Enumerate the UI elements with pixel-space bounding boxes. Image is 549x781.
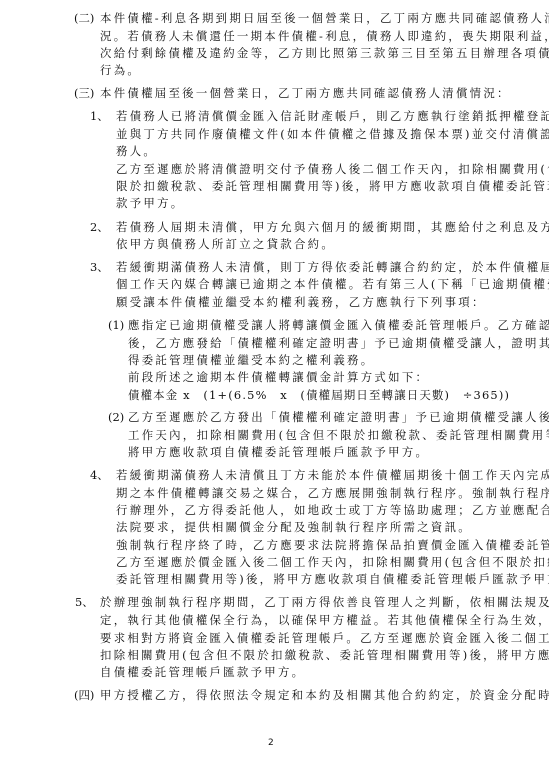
section-4-label: (四) (74, 688, 94, 702)
item-4-line: 期之本件債權轉讓交易之媒合，乙方應展開強制執行程序。強制執行程序，除自 (116, 486, 549, 500)
subitem-1-line: 後，乙方應發給「債權權利確定證明書」予已逾期債權受讓人，證明其已取 (128, 336, 549, 350)
subitem-1-line: 應指定已逾期債權受讓人將轉讓價金匯入債權委託管理帳戶。乙方確認匯款 (128, 318, 549, 332)
item-5-line: 要求相對方將資金匯入債權委託管理帳戶。乙方至遲應於資金匯入後二個工作天內， (100, 631, 549, 645)
item-3-label: 3、 (90, 260, 109, 274)
item-5-line: 於辦理強制執行程序期間，乙丁兩方得依善良管理人之判斷，依相關法規及合約約 (100, 595, 549, 609)
item-5-label: 5、 (75, 595, 94, 609)
item-3-line: 若緩衝期滿債務人未清償，則丁方得依委託轉讓合約約定，於本件債權屆期後十 (116, 260, 549, 274)
item-1-line: 務人。 (116, 144, 157, 158)
section-4-line: 甲方授權乙方，得依照法令規定和本約及相關其他合約約定，於資金分配時，先自 (100, 688, 549, 702)
item-4-line: 若緩衝期滿債務人未清償且丁方未能於本件債權屆期後十個工作天內完成已逾 (116, 468, 549, 482)
item-4-line: 強制執行程序終了時，乙方應要求法院將擔保品拍賣價金匯入債權委託管理帳戶。 (116, 538, 549, 552)
section-2-line: 況。若債務人未償還任一期本件債權-利息，債務人即違約，喪失期限利益，應一 (100, 29, 549, 43)
section-2-label: (二) (74, 11, 94, 25)
subitem-2-line: 工作天內，扣除相關費用(包含但不限於扣繳稅款、委託管理相關費用等)後， (128, 428, 549, 442)
subitem-2-line: 乙方至遲應於乙方發出「債權權利確定證明書」予已逾期債權受讓人後二個 (128, 410, 549, 424)
subitem-1-line: 前段所述之逾期本件債權轉讓價金計算方式如下： (128, 370, 429, 384)
item-4-line: 法院要求，提供相關價金分配及強制執行程序所需之資訊。 (116, 520, 472, 534)
section-2-line: 次給付剩餘債權及違約金等，乙方則比照第三款第三目至第五目辦理各項債權保全 (100, 46, 549, 60)
item-4-line: 乙方至遲應於價金匯入後二個工作天內，扣除相關費用(包含但不限於扣繳稅款、 (116, 555, 549, 569)
item-4-line: 委託管理相關費用等)後，將甲方應收款項自債權委託管理帳戶匯款予甲方。 (116, 572, 549, 586)
item-3-line: 個工作天內媒合轉讓已逾期之本件債權。若有第三人(下稱「已逾期債權受讓人」) (116, 277, 549, 291)
price-formula: 債權本金 x (1+(6.5% x (債權屆期日至轉讓日天數) ÷365)) (128, 388, 510, 402)
subitem-2-line: 將甲方應收款項自債權委託管理帳戶匯款予甲方。 (128, 445, 429, 459)
item-2-label: 2、 (90, 220, 109, 234)
section-3-label: (三) (74, 86, 94, 100)
item-1-line: 限於扣繳稅款、委託管理相關費用等)後，將甲方應收款項自債權委託管理帳戶匯 (116, 179, 549, 193)
item-1-line: 並與丁方共同作廢債權文件(如本件債權之借據及擔保本票)並交付清償證明予債 (116, 127, 549, 141)
subitem-2-label: (2) (108, 410, 124, 424)
item-3-line: 願受讓本件債權並繼受本約權利義務，乙方應執行下列事項： (116, 295, 486, 309)
document-page: (二) 本件債權-利息各期到期日屆至後一個營業日，乙丁兩方應共同確認債務人清償情… (0, 0, 549, 781)
item-1-line: 乙方至遲應於將清償證明交付予債務人後二個工作天內，扣除相關費用(包含但不 (116, 162, 549, 176)
section-2-line: 行為。 (100, 63, 141, 77)
item-1-line: 款予甲方。 (116, 196, 184, 210)
subitem-1-line: 得委託管理債權並繼受本約之權利義務。 (128, 353, 374, 367)
item-4-line: 行辦理外，乙方得委託他人，如地政士或丁方等協助處理；乙方並應配合丁方及 (116, 503, 549, 517)
item-4-label: 4、 (90, 468, 109, 482)
subitem-1-label: (1) (108, 318, 124, 332)
item-1-label: 1、 (90, 109, 109, 123)
page-number: 2 (268, 738, 274, 748)
item-1-line: 若債務人已將清償價金匯入信託財產帳戶，則乙方應執行塗銷抵押權登記程序， (116, 109, 549, 123)
item-5-line: 扣除相關費用(包含但不限於扣繳稅款、委託管理相關費用等)後，將甲方應收款項 (100, 648, 549, 662)
item-2-line: 若債務人屆期未清償，甲方允與六個月的緩衝期間，其應給付之利息及方式，悉 (116, 220, 549, 234)
section-2-line: 本件債權-利息各期到期日屆至後一個營業日，乙丁兩方應共同確認債務人清償情 (100, 11, 549, 25)
item-5-line: 定，執行其他債權保全行為，以確保甲方權益。若其他債權保全行為生效，乙方應 (100, 613, 549, 627)
item-2-line: 依甲方與債務人所訂立之貸款合約。 (116, 237, 335, 251)
section-3-heading: 本件債權屆至後一個營業日，乙丁兩方應共同確認債務人清償情況： (100, 86, 511, 100)
item-5-line: 自債權委託管理帳戶匯款予甲方。 (100, 665, 305, 679)
